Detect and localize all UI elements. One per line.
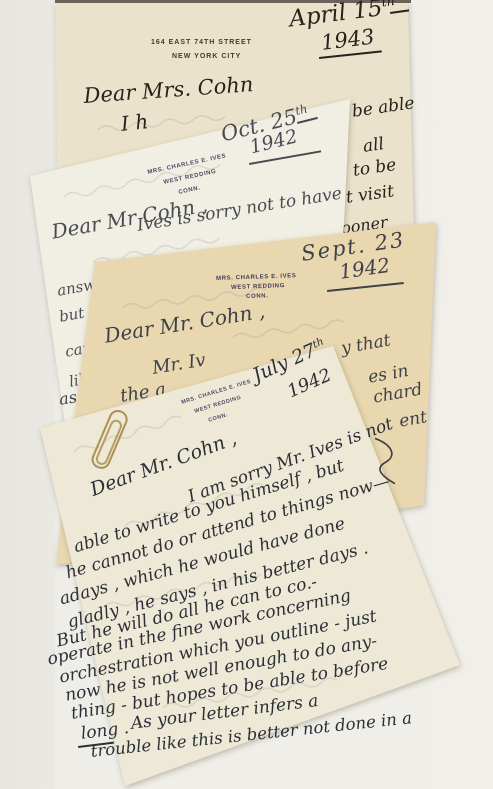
letter-july-1942: MRS. CHARLES E. IVES WEST REDDING CONN. … [0, 0, 493, 789]
pen-flourish [365, 434, 406, 488]
photo-of-letters: 164 EAST 74TH STREET NEW YORK CITY April… [0, 0, 493, 789]
